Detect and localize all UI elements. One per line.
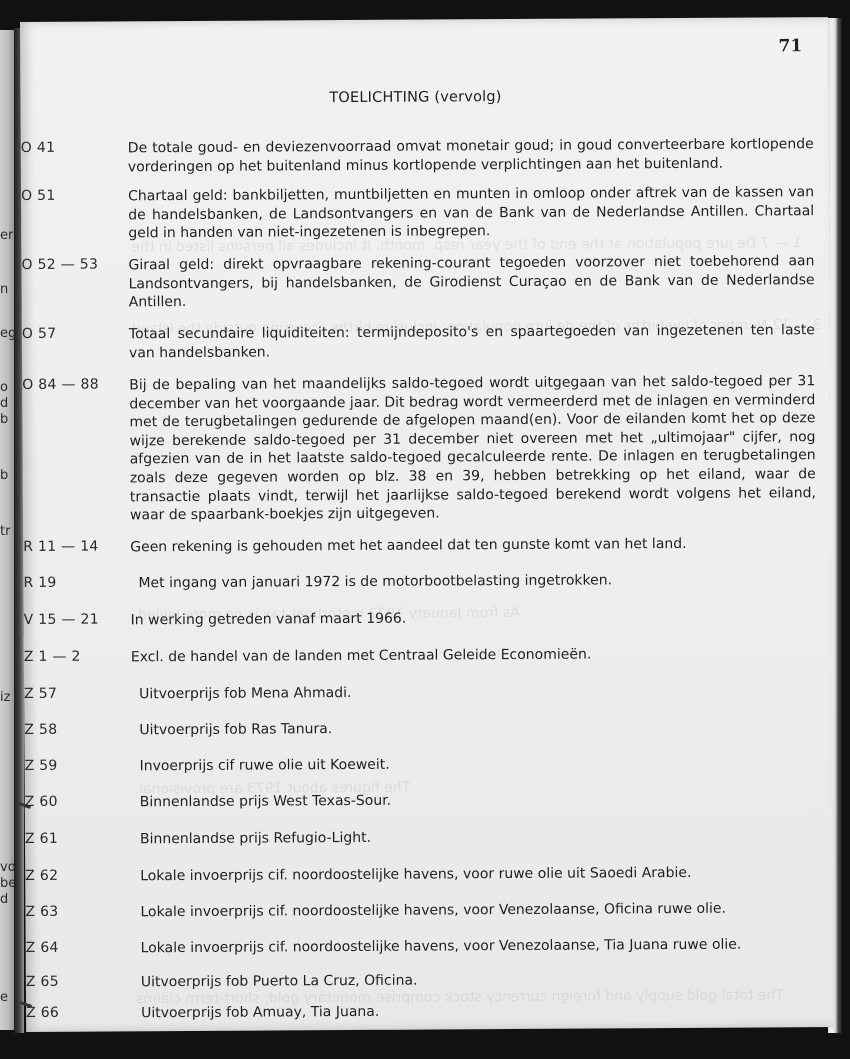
note-text: Geen rekening is gehouden met het aandee… [130,534,816,557]
note-entry: Z 63 Lokale invoerprijs cif. noordoostel… [25,899,833,904]
note-reference: O 52 — 53 [21,257,98,273]
left-page-fragment: o [0,380,8,395]
note-reference: Z 1 — 2 [24,649,81,665]
note-reference: R 19 [23,575,56,591]
note-text: Lokale invoerprijs cif. noordoostelijke … [140,899,826,922]
left-page-fragment: e [0,990,8,1005]
note-entry: Z 64 Lokale invoerprijs cif. noordoostel… [26,935,834,940]
left-page-fragment: er [0,228,13,243]
note-reference: O 84 — 88 [22,377,99,393]
note-text: Totaal secundaire liquiditeiten: termijn… [129,321,815,362]
note-text: Bij de bepaling van het maandelijks sald… [129,372,816,525]
left-page-fragment: iz [0,690,10,705]
note-text: Lokale invoerprijs cif. noordoostelijke … [140,863,826,886]
note-text: Invoerprijs cif ruwe olie uit Koeweit. [139,753,825,776]
note-reference: Z 59 [24,758,57,774]
note-reference: Z 66 [26,1005,59,1021]
note-text: Binnenlandse prijs Refugio-Light. [140,826,826,849]
note-entry: O 84 — 88 Bij de bepaling van het maande… [22,372,830,377]
note-text: Met ingang van januari 1972 is de motorb… [138,570,824,593]
note-text: Uitvoerprijs fob Amuay, Tia Juana. [141,1000,827,1023]
left-page-fragment: d [0,892,8,907]
note-entry: O 51 Chartaal geld: bankbiljetten, muntb… [21,183,829,188]
note-reference: Z 58 [24,722,57,738]
scanned-book-spread: er n eg o d b b tr iz vo be d e 1 — 7 De… [0,0,850,1059]
note-reference: O 41 [21,140,56,156]
left-page-fragment: b [0,412,8,427]
note-entry: Z 65 Uitvoerprijs fob Puerto La Cruz, Of… [26,969,834,974]
note-text: De totale goud- en deviezenvoorraad omva… [128,135,814,176]
note-text: Uitvoerprijs fob Mena Ahmadi. [139,681,825,704]
note-text: In werking getreden vanaf maart 1966. [131,607,817,630]
page-number: 71 [778,36,802,56]
note-entry: R 19 Met ingang van januari 1972 is de m… [23,570,831,575]
note-text: Chartaal geld: bankbiljetten, muntbiljet… [128,183,814,243]
note-entry: R 11 — 14 Geen rekening is gehouden met … [23,534,831,539]
note-entry: O 41 De totale goud- en deviezenvoorraad… [21,135,829,140]
note-reference: Z 65 [26,974,59,990]
note-reference: R 11 — 14 [23,539,99,555]
note-reference: Z 63 [25,904,58,920]
note-reference: V 15 — 21 [24,612,99,628]
note-entry: Z 57 Uitvoerprijs fob Mena Ahmadi. [24,681,832,686]
note-text: Giraal geld: direkt opvraagbare rekening… [128,252,814,312]
note-entry: Z 1 — 2 Excl. de handel van de landen me… [24,644,832,649]
note-entry: Z 61 Binnenlandse prijs Refugio-Light. [25,826,833,831]
page-title: TOELICHTING (vervolg) [20,87,810,108]
left-page-fragment: tr [0,524,10,539]
page: 1 — 7 De jure population at the end of t… [20,17,834,1032]
note-text: Binnenlandse prijs West Texas-Sour. [140,789,826,812]
left-page-fragment: b [0,468,8,483]
note-reference: Z 62 [25,868,58,884]
note-entry: Z 58 Uitvoerprijs fob Ras Tanura. [24,717,832,722]
note-reference: Z 61 [25,831,58,847]
note-reference: Z 60 [25,794,58,810]
note-reference: Z 57 [24,686,57,702]
note-text: Uitvoerprijs fob Ras Tanura. [139,717,825,740]
left-page-fragment: n [0,282,8,297]
left-page-fragment: d [0,396,8,411]
note-reference: O 57 [22,326,57,342]
note-text: Lokale invoerprijs cif. noordoostelijke … [141,935,827,958]
note-text: Excl. de handel van de landen met Centra… [131,644,817,667]
note-entry: Z 62 Lokale invoerprijs cif. noordoostel… [25,863,833,868]
note-reference: Z 64 [26,940,59,956]
note-entry: Z 59 Invoerprijs cif ruwe olie uit Koewe… [24,753,832,758]
note-reference: O 51 [21,188,56,204]
notes-list: O 41 De totale goud- en deviezenvoorraad… [20,17,828,22]
